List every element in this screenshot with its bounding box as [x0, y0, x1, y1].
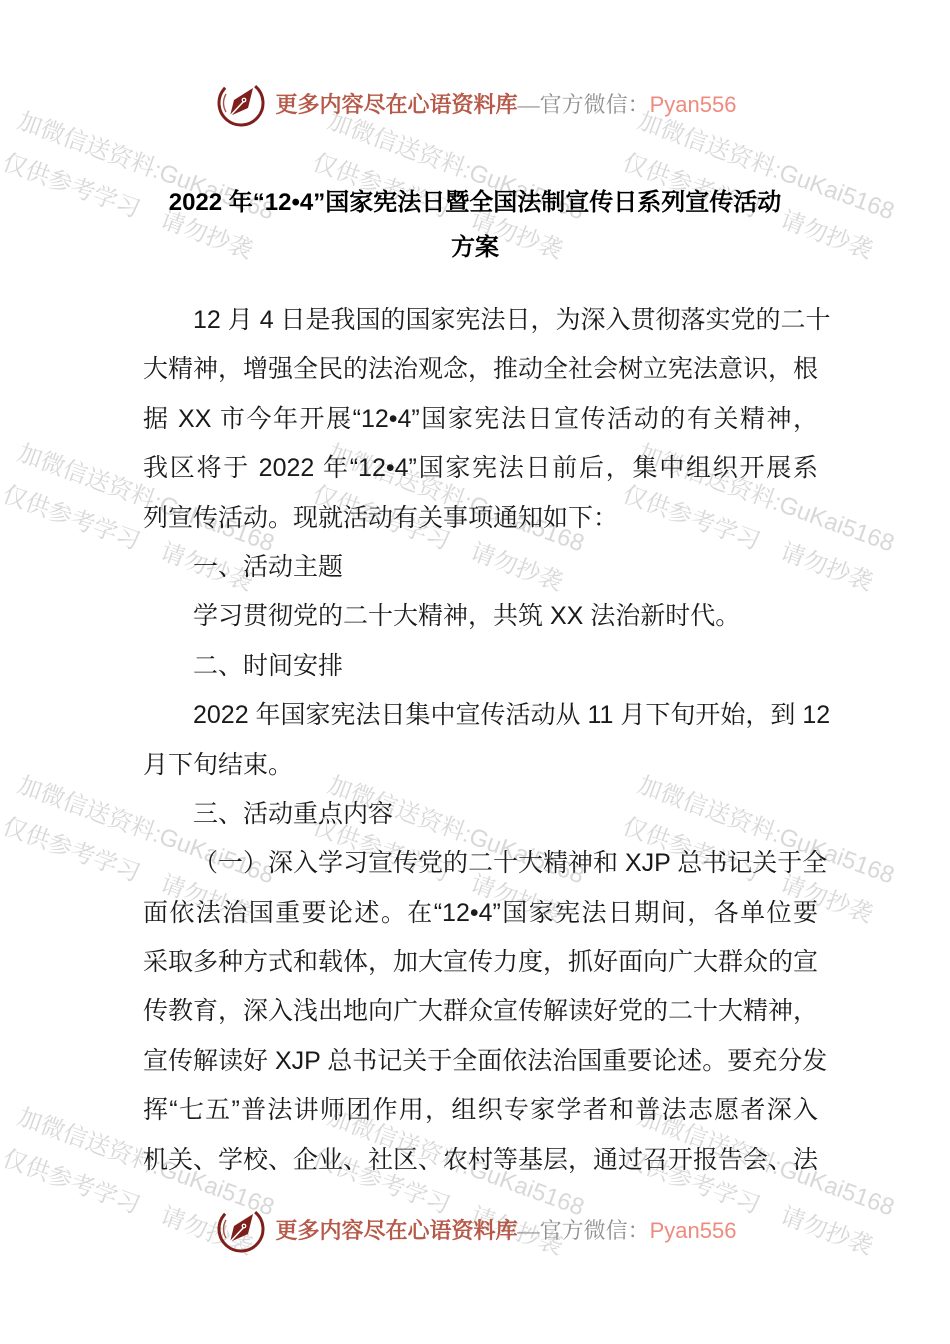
body-line: 大精神，增强全民的法治观念，推动全社会树立宪法意识，根 — [143, 345, 818, 394]
body-line: 采取多种方式和载体，加大宣传力度，抓好面向广大群众的宣 — [143, 938, 818, 987]
body-line: 列宣传活动。现就活动有关事项通知如下： — [143, 494, 818, 543]
document-page: 加微信送资料:GuKai5168仅供参考学习 请勿抄袭加微信送资料:GuKai5… — [0, 0, 950, 1344]
header-brand-name: 更多内容尽在心语资料库 — [276, 92, 518, 117]
body-line: 宣传解读好 XJP 总书记关于全面依法治国重要论述。要充分发 — [143, 1037, 818, 1086]
body-line: 面依法治国重要论述。在“12•4”国家宪法日期间，各单位要 — [143, 889, 818, 938]
body-line: 2022 年国家宪法日集中宣传活动从 11 月下旬开始，到 12 — [143, 691, 818, 740]
body-line: 我区将于 2022 年“12•4”国家宪法日前后，集中组织开展系 — [143, 444, 818, 493]
header-brand-text: 更多内容尽在心语资料库—官方微信：Pyan556 — [276, 88, 737, 119]
document-body: 12 月 4 日是我国的国家宪法日，为深入贯彻落实党的二十大精神，增强全民的法治… — [143, 296, 818, 1185]
body-line: 据 XX 市今年开展“12•4”国家宪法日宣传活动的有关精神， — [143, 395, 818, 444]
footer-wechat-id: Pyan556 — [650, 1218, 737, 1243]
brand-logo-icon — [214, 1202, 268, 1256]
body-line: 传教育，深入浅出地向广大群众宣传解读好党的二十大精神， — [143, 987, 818, 1036]
body-line: 12 月 4 日是我国的国家宪法日，为深入贯彻落实党的二十 — [143, 296, 818, 345]
body-line: 机关、学校、企业、社区、农村等基层，通过召开报告会、法 — [143, 1136, 818, 1185]
brand-logo-icon — [214, 76, 268, 130]
body-line: 二、时间安排 — [143, 642, 818, 691]
body-line: 三、活动重点内容 — [143, 790, 818, 839]
header-brand-label: —官方微信： — [518, 92, 650, 117]
body-line: 学习贯彻党的二十大精神，共筑 XX 法治新时代。 — [143, 592, 818, 641]
page-footer: 更多内容尽在心语资料库—官方微信：Pyan556 — [0, 1202, 950, 1256]
body-line: （一）深入学习宣传党的二十大精神和 XJP 总书记关于全 — [143, 839, 818, 888]
footer-brand-label: —官方微信： — [518, 1218, 650, 1243]
page-header: 更多内容尽在心语资料库—官方微信：Pyan556 — [0, 76, 950, 130]
body-line: 挥“七五”普法讲师团作用，组织专家学者和普法志愿者深入 — [143, 1086, 818, 1135]
body-line: 一、活动主题 — [143, 543, 818, 592]
body-line: 月下旬结束。 — [143, 741, 818, 790]
document-title-line2: 方案 — [137, 225, 813, 270]
document-title: 2022 年“12•4”国家宪法日暨全国法制宣传日系列宣传活动 方案 — [137, 180, 813, 270]
footer-brand-text: 更多内容尽在心语资料库—官方微信：Pyan556 — [276, 1214, 737, 1245]
footer-brand-name: 更多内容尽在心语资料库 — [276, 1218, 518, 1243]
header-wechat-id: Pyan556 — [650, 92, 737, 117]
document-title-line1: 2022 年“12•4”国家宪法日暨全国法制宣传日系列宣传活动 — [137, 180, 813, 225]
